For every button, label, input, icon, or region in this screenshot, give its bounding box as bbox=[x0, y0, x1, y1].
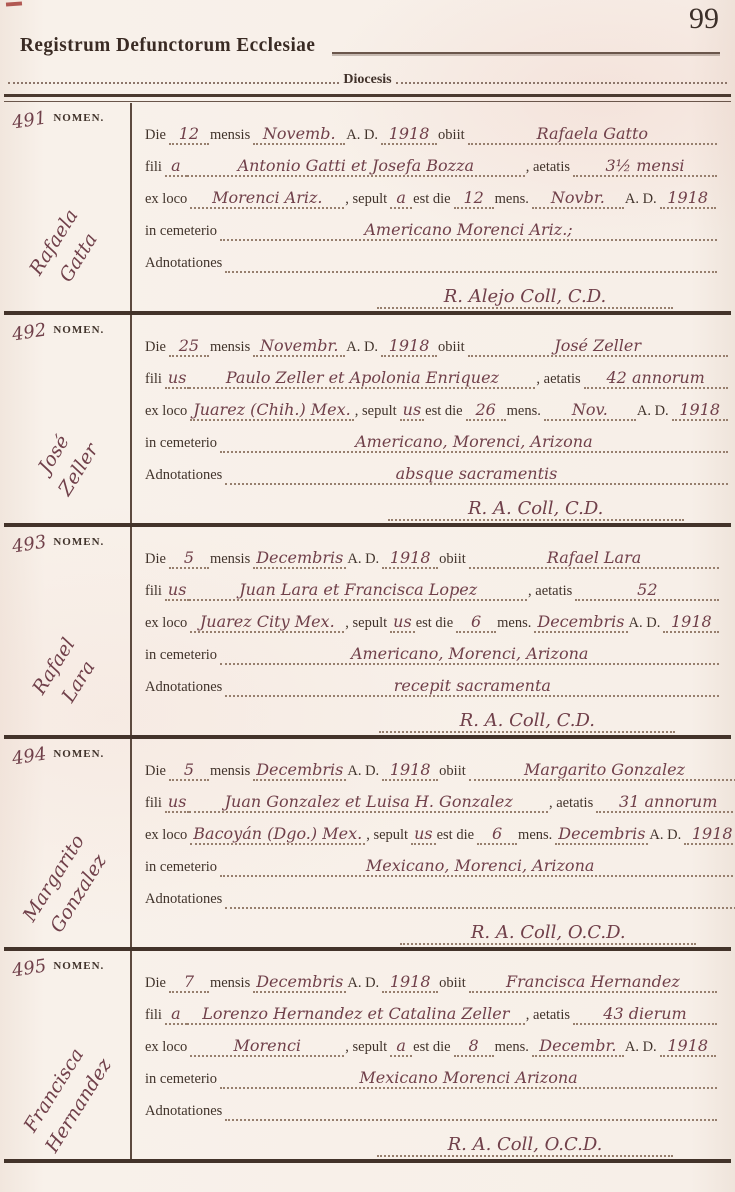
fili-suffix-field: us bbox=[165, 794, 190, 813]
ad-label: A. D. bbox=[345, 127, 381, 145]
fili-suffix-field: a bbox=[165, 158, 187, 177]
mens-label: mens. bbox=[494, 1039, 532, 1057]
burial-day-field: 12 bbox=[454, 190, 494, 209]
register-entry: 491 NOMEN. Rafaela Gatta Die 12 mensis N… bbox=[4, 103, 731, 315]
death-year-field: 1918 bbox=[382, 762, 438, 781]
death-month-field: Decembris bbox=[253, 762, 346, 781]
mensis-label: mensis bbox=[209, 127, 253, 145]
in-cemeterio-label: in cemeterio bbox=[144, 1071, 220, 1089]
death-day-field: 5 bbox=[169, 550, 209, 569]
adnotationes-line: Adnotationes recepit sacramenta bbox=[144, 665, 719, 697]
death-month-field: Novembr. bbox=[253, 338, 345, 357]
burial-line: ex loco Bacoyán (Dgo.) Mex. , sepult us … bbox=[144, 813, 735, 845]
ex-loco-label: ex loco bbox=[144, 191, 190, 209]
entry-number: 493 bbox=[11, 531, 48, 557]
entry-form-column: Die 5 mensis Decembris A. D. 1918 obiit … bbox=[132, 739, 735, 947]
fili-suffix-field: a bbox=[165, 1006, 187, 1025]
fili-suffix-field: us bbox=[165, 370, 190, 389]
signature-field: R. A. Coll, C.D. bbox=[379, 712, 675, 733]
adnotationes-line: Adnotationes absque sacramentis bbox=[144, 453, 728, 485]
die-label: Die bbox=[144, 339, 169, 357]
burial-day-field: 26 bbox=[466, 402, 506, 421]
adnotationes-field: absque sacramentis bbox=[225, 466, 727, 485]
cemetery-field: Americano, Morenci, Arizona bbox=[220, 434, 728, 453]
adnotationes-label: Adnotationes bbox=[144, 255, 225, 273]
signature-line: R. Alejo Coll, C.D. bbox=[144, 273, 717, 309]
register-entry: 494 NOMEN. Margarito Gonzalez Die 5 mens… bbox=[4, 739, 731, 951]
adnotationes-line: Adnotationes bbox=[144, 1089, 717, 1121]
burial-year-field: 1918 bbox=[672, 402, 728, 421]
signature-field: R. Alejo Coll, C.D. bbox=[377, 288, 673, 309]
aetatis-label: , aetatis bbox=[525, 1007, 573, 1025]
age-field: 42 annorum bbox=[584, 370, 728, 389]
register-entry: 495 NOMEN. Francisca Hernandez Die 7 men… bbox=[4, 951, 731, 1163]
ad-label-2: A. D. bbox=[636, 403, 672, 421]
ad-label: A. D. bbox=[346, 975, 382, 993]
ex-loco-label: ex loco bbox=[144, 615, 190, 633]
entry-number: 494 bbox=[11, 743, 48, 769]
burial-month-field: Nov. bbox=[544, 402, 636, 421]
parents-field: Juan Lara et Francisca Lopez bbox=[189, 582, 527, 601]
death-month-field: Decembris bbox=[253, 550, 346, 569]
entry-head: 493 NOMEN. bbox=[4, 527, 130, 555]
signature-line: R. A. Coll, C.D. bbox=[144, 485, 728, 521]
sepult-suffix-field: a bbox=[390, 190, 412, 209]
signature-line: R. A. Coll, C.D. bbox=[144, 697, 719, 733]
sepult-suffix-field: us bbox=[390, 614, 415, 633]
burial-month-field: Decembr. bbox=[532, 1038, 624, 1057]
entry-head: 491 NOMEN. bbox=[4, 103, 130, 131]
page-number: 99 bbox=[689, 2, 719, 36]
signature-field: R. A. Coll, O.C.D. bbox=[377, 1136, 673, 1157]
place-field: Morenci Ariz. bbox=[190, 190, 344, 209]
parents-field: Lorenzo Hernandez et Catalina Zeller bbox=[187, 1006, 525, 1025]
nomen-label: NOMEN. bbox=[53, 534, 104, 548]
mensis-label: mensis bbox=[209, 975, 253, 993]
diocesis-row: Diocesis bbox=[8, 72, 727, 88]
in-cemeterio-label: in cemeterio bbox=[144, 435, 220, 453]
burial-day-field: 8 bbox=[454, 1038, 494, 1057]
death-date-line: Die 12 mensis Novemb. A. D. 1918 obiit R… bbox=[144, 113, 717, 145]
sepult-suffix-field: us bbox=[400, 402, 425, 421]
sepult-label: , sepult bbox=[344, 615, 390, 633]
burial-line: ex loco Morenci , sepult a est die 8 men… bbox=[144, 1025, 717, 1057]
sepult-label: , sepult bbox=[344, 191, 390, 209]
cemetery-line: in cemeterio Americano, Morenci, Arizona bbox=[144, 421, 728, 453]
diocesis-rule-right bbox=[396, 82, 727, 84]
est-die-label: est die bbox=[412, 191, 453, 209]
entry-form-column: Die 12 mensis Novemb. A. D. 1918 obiit R… bbox=[132, 103, 731, 311]
aetatis-label: , aetatis bbox=[525, 159, 573, 177]
die-label: Die bbox=[144, 127, 169, 145]
signature-field: R. A. Coll, O.C.D. bbox=[400, 924, 696, 945]
die-label: Die bbox=[144, 763, 169, 781]
parents-line: fili us Juan Gonzalez et Luisa H. Gonzal… bbox=[144, 781, 735, 813]
ad-label-2: A. D. bbox=[624, 1039, 660, 1057]
mens-label: mens. bbox=[496, 615, 534, 633]
entry-number: 491 bbox=[11, 107, 48, 133]
burial-day-field: 6 bbox=[477, 826, 517, 845]
ex-loco-label: ex loco bbox=[144, 403, 190, 421]
burial-year-field: 1918 bbox=[684, 826, 735, 845]
entry-margin-column: 491 NOMEN. Rafaela Gatta bbox=[4, 103, 132, 311]
mens-label: mens. bbox=[506, 403, 544, 421]
burial-month-field: Decembris bbox=[555, 826, 648, 845]
in-cemeterio-label: in cemeterio bbox=[144, 647, 220, 665]
burial-month-field: Decembris bbox=[534, 614, 627, 633]
mensis-label: mensis bbox=[209, 551, 253, 569]
register-entry: 492 NOMEN. José Zeller Die 25 mensis Nov… bbox=[4, 315, 731, 527]
margin-name: Francisca Hernandez bbox=[2, 1019, 131, 1177]
fili-label: fili bbox=[144, 371, 165, 389]
adnotationes-label: Adnotationes bbox=[144, 1103, 225, 1121]
ad-label-2: A. D. bbox=[628, 615, 664, 633]
aetatis-label: , aetatis bbox=[535, 371, 583, 389]
die-label: Die bbox=[144, 551, 169, 569]
age-field: 3½ mensi bbox=[573, 158, 717, 177]
age-field: 43 dierum bbox=[573, 1006, 717, 1025]
death-year-field: 1918 bbox=[382, 974, 438, 993]
deceased-name-field: Francisca Hernandez bbox=[469, 974, 717, 993]
entry-form-column: Die 25 mensis Novembr. A. D. 1918 obiit … bbox=[132, 315, 735, 523]
death-year-field: 1918 bbox=[382, 550, 438, 569]
obiit-label: obiit bbox=[438, 763, 469, 781]
adnotationes-label: Adnotationes bbox=[144, 467, 225, 485]
mens-label: mens. bbox=[517, 827, 555, 845]
parents-field: Paulo Zeller et Apolonia Enriquez bbox=[189, 370, 535, 389]
register-entry: 493 NOMEN. Rafael Lara Die 5 mensis Dece… bbox=[4, 527, 731, 739]
entry-head: 494 NOMEN. bbox=[4, 739, 130, 767]
burial-year-field: 1918 bbox=[660, 1038, 716, 1057]
nomen-label: NOMEN. bbox=[53, 110, 104, 124]
death-day-field: 25 bbox=[169, 338, 209, 357]
ad-label: A. D. bbox=[345, 339, 381, 357]
page-title: Registrum Defunctorum Ecclesiae bbox=[20, 34, 315, 57]
est-die-label: est die bbox=[415, 615, 456, 633]
adnotationes-field: recepit sacramenta bbox=[225, 678, 719, 697]
adnotationes-line: Adnotationes bbox=[144, 877, 735, 909]
ad-label: A. D. bbox=[346, 763, 382, 781]
cemetery-line: in cemeterio Americano, Morenci, Arizona bbox=[144, 633, 719, 665]
ex-loco-label: ex loco bbox=[144, 1039, 190, 1057]
death-day-field: 5 bbox=[169, 762, 209, 781]
burial-year-field: 1918 bbox=[663, 614, 719, 633]
deceased-name-field: Rafael Lara bbox=[469, 550, 720, 569]
place-field: Morenci bbox=[190, 1038, 344, 1057]
cemetery-line: in cemeterio Americano Morenci Ariz.; bbox=[144, 209, 717, 241]
signature-field: R. A. Coll, C.D. bbox=[388, 500, 684, 521]
entry-margin-column: 493 NOMEN. Rafael Lara bbox=[4, 527, 132, 735]
adnotationes-line: Adnotationes bbox=[144, 241, 717, 273]
header-divider bbox=[4, 94, 731, 102]
age-field: 31 annorum bbox=[596, 794, 735, 813]
entry-margin-column: 494 NOMEN. Margarito Gonzalez bbox=[4, 739, 132, 947]
nomen-label: NOMEN. bbox=[53, 322, 104, 336]
entry-number: 492 bbox=[11, 319, 48, 345]
death-day-field: 7 bbox=[169, 974, 209, 993]
sepult-label: , sepult bbox=[365, 827, 411, 845]
deceased-name-field: Margarito Gonzalez bbox=[469, 762, 735, 781]
deceased-name-field: José Zeller bbox=[468, 338, 728, 357]
fili-label: fili bbox=[144, 795, 165, 813]
place-field: Juarez (Chih.) Mex. bbox=[190, 402, 353, 421]
fili-label: fili bbox=[144, 159, 165, 177]
ad-label-2: A. D. bbox=[624, 191, 660, 209]
ad-label-2: A. D. bbox=[648, 827, 684, 845]
page-header: Registrum Defunctorum Ecclesiae bbox=[20, 34, 720, 57]
aetatis-label: , aetatis bbox=[527, 583, 575, 601]
title-rule bbox=[332, 52, 720, 54]
fili-label: fili bbox=[144, 583, 165, 601]
diocesis-label: Diocesis bbox=[339, 72, 395, 88]
burial-month-field: Novbr. bbox=[532, 190, 624, 209]
burial-line: ex loco Morenci Ariz. , sepult a est die… bbox=[144, 177, 717, 209]
burial-day-field: 6 bbox=[456, 614, 496, 633]
entry-head: 492 NOMEN. bbox=[4, 315, 130, 343]
cemetery-line: in cemeterio Mexicano Morenci Arizona bbox=[144, 1057, 717, 1089]
fili-label: fili bbox=[144, 1007, 165, 1025]
signature-line: R. A. Coll, O.C.D. bbox=[144, 909, 735, 945]
est-die-label: est die bbox=[424, 403, 465, 421]
ex-loco-label: ex loco bbox=[144, 827, 190, 845]
in-cemeterio-label: in cemeterio bbox=[144, 223, 220, 241]
obiit-label: obiit bbox=[438, 975, 469, 993]
cemetery-line: in cemeterio Mexicano, Morenci, Arizona bbox=[144, 845, 735, 877]
obiit-label: obiit bbox=[437, 339, 468, 357]
signature-line: R. A. Coll, O.C.D. bbox=[144, 1121, 717, 1157]
entry-margin-column: 492 NOMEN. José Zeller bbox=[4, 315, 132, 523]
entry-head: 495 NOMEN. bbox=[4, 951, 130, 979]
place-field: Bacoyán (Dgo.) Mex. bbox=[190, 826, 365, 845]
entry-number: 495 bbox=[11, 955, 48, 981]
margin-name: José Zeller bbox=[2, 383, 131, 541]
entry-form-column: Die 7 mensis Decembris A. D. 1918 obiit … bbox=[132, 951, 731, 1159]
sepult-label: , sepult bbox=[354, 403, 400, 421]
place-field: Juarez City Mex. bbox=[190, 614, 344, 633]
burial-line: ex loco Juarez (Chih.) Mex. , sepult us … bbox=[144, 389, 728, 421]
die-label: Die bbox=[144, 975, 169, 993]
death-day-field: 12 bbox=[169, 126, 209, 145]
mens-label: mens. bbox=[494, 191, 532, 209]
aetatis-label: , aetatis bbox=[548, 795, 596, 813]
register-page: 99 Registrum Defunctorum Ecclesiae Dioce… bbox=[0, 0, 735, 1192]
death-month-field: Novemb. bbox=[253, 126, 345, 145]
margin-name: Margarito Gonzalez bbox=[2, 807, 131, 965]
sepult-suffix-field: us bbox=[411, 826, 436, 845]
entry-form-column: Die 5 mensis Decembris A. D. 1918 obiit … bbox=[132, 527, 733, 735]
mensis-label: mensis bbox=[209, 339, 253, 357]
death-year-field: 1918 bbox=[381, 338, 437, 357]
parents-line: fili a Antonio Gatti et Josefa Bozza , a… bbox=[144, 145, 717, 177]
margin-name: Rafael Lara bbox=[2, 595, 131, 753]
parents-line: fili a Lorenzo Hernandez et Catalina Zel… bbox=[144, 993, 717, 1025]
death-year-field: 1918 bbox=[381, 126, 437, 145]
est-die-label: est die bbox=[436, 827, 477, 845]
death-date-line: Die 5 mensis Decembris A. D. 1918 obiit … bbox=[144, 537, 719, 569]
parents-line: fili us Paulo Zeller et Apolonia Enrique… bbox=[144, 357, 728, 389]
cemetery-field: Americano Morenci Ariz.; bbox=[220, 222, 717, 241]
entries-list: 491 NOMEN. Rafaela Gatta Die 12 mensis N… bbox=[4, 103, 731, 1163]
cemetery-field: Americano, Morenci, Arizona bbox=[220, 646, 719, 665]
burial-year-field: 1918 bbox=[660, 190, 716, 209]
death-date-line: Die 25 mensis Novembr. A. D. 1918 obiit … bbox=[144, 325, 728, 357]
burial-line: ex loco Juarez City Mex. , sepult us est… bbox=[144, 601, 719, 633]
nomen-label: NOMEN. bbox=[53, 746, 104, 760]
adnotationes-label: Adnotationes bbox=[144, 891, 225, 909]
obiit-label: obiit bbox=[437, 127, 468, 145]
death-date-line: Die 7 mensis Decembris A. D. 1918 obiit … bbox=[144, 961, 717, 993]
death-date-line: Die 5 mensis Decembris A. D. 1918 obiit … bbox=[144, 749, 735, 781]
entry-margin-column: 495 NOMEN. Francisca Hernandez bbox=[4, 951, 132, 1159]
diocesis-rule-left bbox=[8, 82, 339, 84]
nomen-label: NOMEN. bbox=[53, 958, 104, 972]
ad-label: A. D. bbox=[346, 551, 382, 569]
death-month-field: Decembris bbox=[253, 974, 346, 993]
parents-field: Antonio Gatti et Josefa Bozza bbox=[187, 158, 525, 177]
in-cemeterio-label: in cemeterio bbox=[144, 859, 220, 877]
adnotationes-label: Adnotationes bbox=[144, 679, 225, 697]
fili-suffix-field: us bbox=[165, 582, 190, 601]
margin-name: Rafaela Gatta bbox=[2, 171, 131, 329]
cemetery-field: Mexicano Morenci Arizona bbox=[220, 1070, 717, 1089]
age-field: 52 bbox=[575, 582, 719, 601]
cemetery-field: Mexicano, Morenci, Arizona bbox=[220, 858, 735, 877]
sepult-suffix-field: a bbox=[390, 1038, 412, 1057]
obiit-label: obiit bbox=[438, 551, 469, 569]
scan-mark bbox=[6, 1, 22, 6]
parents-field: Juan Gonzalez et Luisa H. Gonzalez bbox=[189, 794, 548, 813]
parents-line: fili us Juan Lara et Francisca Lopez , a… bbox=[144, 569, 719, 601]
est-die-label: est die bbox=[412, 1039, 453, 1057]
mensis-label: mensis bbox=[209, 763, 253, 781]
sepult-label: , sepult bbox=[344, 1039, 390, 1057]
deceased-name-field: Rafaela Gatto bbox=[468, 126, 717, 145]
